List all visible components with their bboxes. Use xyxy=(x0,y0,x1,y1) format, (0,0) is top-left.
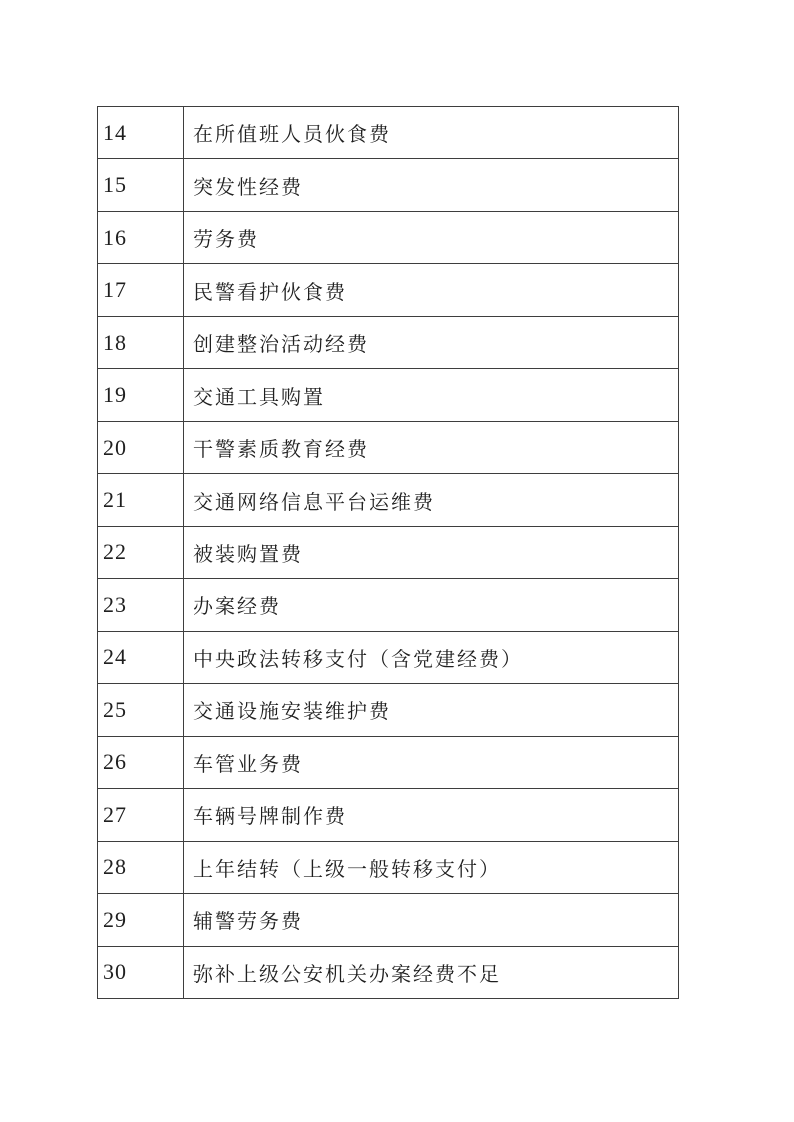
table-row: 18 创建整治活动经费 xyxy=(98,317,678,369)
row-item-cell: 辅警劳务费 xyxy=(184,894,678,945)
table-row: 20 干警素质教育经费 xyxy=(98,422,678,474)
expense-items-table: 14 在所值班人员伙食费 15 突发性经费 16 劳务费 17 民警看护伙食费 … xyxy=(97,106,679,999)
row-number-cell: 22 xyxy=(98,527,184,578)
table-row: 15 突发性经费 xyxy=(98,159,678,211)
row-number-cell: 23 xyxy=(98,579,184,630)
row-item-cell: 中央政法转移支付（含党建经费） xyxy=(184,632,678,683)
table-row: 30 弥补上级公安机关办案经费不足 xyxy=(98,947,678,998)
table-row: 14 在所值班人员伙食费 xyxy=(98,107,678,159)
row-item-cell: 干警素质教育经费 xyxy=(184,422,678,473)
row-number-cell: 15 xyxy=(98,159,184,210)
row-item-cell: 在所值班人员伙食费 xyxy=(184,107,678,158)
document-page: 14 在所值班人员伙食费 15 突发性经费 16 劳务费 17 民警看护伙食费 … xyxy=(0,0,794,1122)
row-number-cell: 27 xyxy=(98,789,184,840)
table-row: 29 辅警劳务费 xyxy=(98,894,678,946)
table-row: 19 交通工具购置 xyxy=(98,369,678,421)
table-row: 22 被装购置费 xyxy=(98,527,678,579)
row-number-cell: 17 xyxy=(98,264,184,315)
row-item-cell: 交通网络信息平台运维费 xyxy=(184,474,678,525)
table-row: 24 中央政法转移支付（含党建经费） xyxy=(98,632,678,684)
table-row: 23 办案经费 xyxy=(98,579,678,631)
table-row: 17 民警看护伙食费 xyxy=(98,264,678,316)
row-number-cell: 16 xyxy=(98,212,184,263)
table-row: 28 上年结转（上级一般转移支付） xyxy=(98,842,678,894)
table-row: 16 劳务费 xyxy=(98,212,678,264)
row-number-cell: 25 xyxy=(98,684,184,735)
row-number-cell: 30 xyxy=(98,947,184,998)
row-number-cell: 24 xyxy=(98,632,184,683)
row-item-cell: 车管业务费 xyxy=(184,737,678,788)
row-item-cell: 创建整治活动经费 xyxy=(184,317,678,368)
row-item-cell: 车辆号牌制作费 xyxy=(184,789,678,840)
table-row: 21 交通网络信息平台运维费 xyxy=(98,474,678,526)
row-item-cell: 交通工具购置 xyxy=(184,369,678,420)
row-item-cell: 民警看护伙食费 xyxy=(184,264,678,315)
table-row: 25 交通设施安装维护费 xyxy=(98,684,678,736)
row-item-cell: 劳务费 xyxy=(184,212,678,263)
row-number-cell: 28 xyxy=(98,842,184,893)
row-item-cell: 弥补上级公安机关办案经费不足 xyxy=(184,947,678,998)
row-number-cell: 21 xyxy=(98,474,184,525)
row-number-cell: 20 xyxy=(98,422,184,473)
table-row: 26 车管业务费 xyxy=(98,737,678,789)
row-item-cell: 上年结转（上级一般转移支付） xyxy=(184,842,678,893)
row-item-cell: 突发性经费 xyxy=(184,159,678,210)
row-number-cell: 18 xyxy=(98,317,184,368)
row-number-cell: 19 xyxy=(98,369,184,420)
row-item-cell: 办案经费 xyxy=(184,579,678,630)
row-item-cell: 交通设施安装维护费 xyxy=(184,684,678,735)
row-number-cell: 29 xyxy=(98,894,184,945)
table-row: 27 车辆号牌制作费 xyxy=(98,789,678,841)
row-item-cell: 被装购置费 xyxy=(184,527,678,578)
row-number-cell: 14 xyxy=(98,107,184,158)
row-number-cell: 26 xyxy=(98,737,184,788)
